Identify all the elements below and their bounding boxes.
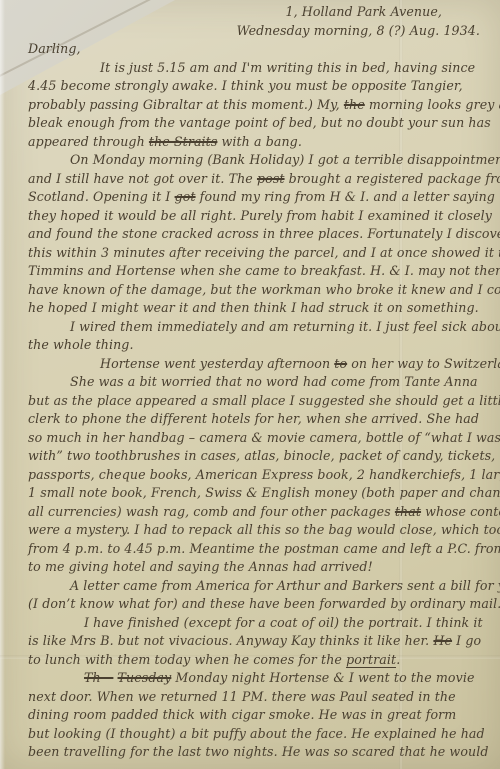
text-segment: they hoped it would be all right. Purely… [28,208,492,223]
letter-line-20: clerk to phone the different hotels for … [28,410,484,429]
text-segment: found my ring from H & I. and a letter s… [196,189,495,204]
text-segment: is like Mrs B. but not vivacious. Anyway… [28,633,433,648]
letter-line-12: Timmins and Hortense when she came to br… [28,262,484,281]
text-segment: he hoped I might wear it and then think … [28,300,479,315]
letter-salutation: Darling, [28,40,484,59]
struck-text: the [344,97,365,112]
text-segment: . [396,652,400,667]
text-segment: been travelling for the last two nights.… [28,744,489,759]
letter-line-8: Scotland. Opening it I got found my ring… [28,188,484,207]
struck-text: Th— [84,670,113,685]
letter-line-33: to lunch with them today when he comes f… [28,651,484,670]
text-segment: It is just 5.15 am and I'm writing this … [100,60,475,75]
letter-line-38: been travelling for the last two nights.… [28,743,484,762]
letter-line-10: and found the stone cracked across in th… [28,225,484,244]
text-segment: clerk to phone the different hotels for … [28,411,479,426]
text-segment: all currencies) wash rag, comb and four … [28,504,395,519]
text-segment: from 4 p.m. to 4.45 p.m. Meantime the po… [28,541,500,556]
text-segment: 1 small note book, French, Swiss & Engli… [28,485,500,500]
struck-text: the Straits [149,134,218,149]
text-segment: on her way to Switzerland. [347,356,500,371]
text-segment: A letter came from America for Arthur an… [70,578,500,593]
letter-line-29: A letter came from America for Arthur an… [28,577,484,596]
letter-line-23: passports, cheque books, American Expres… [28,466,484,485]
letter-line-3: probably passing Gibraltar at this momen… [28,96,484,115]
text-segment: Monday night Hortense & I went to the mo… [171,670,474,685]
letter-line-35: next door. When we returned 11 PM. there… [28,688,484,707]
letter-lines: It is just 5.15 am and I'm writing this … [28,59,484,762]
struck-text: to [334,356,347,371]
letter-line-36: dining room padded thick with cigar smok… [28,706,484,725]
text-segment: On Monday morning (Bank Holiday) I got a… [70,152,500,167]
text-segment: 4.45 become strongly awake. I think you … [28,78,463,93]
letter-line-1: It is just 5.15 am and I'm writing this … [28,59,484,78]
text-segment: Hortense went yesterday afternoon [100,356,334,371]
letter-dateline: Wednesday morning, 8 (?) Aug. 1934. [28,22,484,41]
letter-line-25: all currencies) wash rag, comb and four … [28,503,484,522]
letter-line-9: they hoped it would be all right. Purely… [28,207,484,226]
text-segment: dining room padded thick with cigar smok… [28,707,456,722]
text-segment: appeared through [28,134,149,149]
letter-line-13: have known of the damage, but the workma… [28,281,484,300]
letter-line-5: appeared through the Straits with a bang… [28,133,484,152]
text-segment: with a bang. [217,134,302,149]
letter-line-21: so much in her handbag – camera & movie … [28,429,484,448]
letter-line-4: bleak enough from the vantage point of b… [28,114,484,133]
text-segment: She was a bit worried that no word had c… [70,374,478,389]
paper-left-edge [0,0,5,769]
text-segment: whose contents [421,504,500,519]
struck-text: that [395,504,421,519]
letter-line-18: She was a bit worried that no word had c… [28,373,484,392]
letter-body: 1, Holland Park Avenue, Wednesday mornin… [28,3,484,762]
text-segment: Scotland. Opening it I [28,189,175,204]
letter-line-19: but as the place appeared a small place … [28,392,484,411]
text-segment: bleak enough from the vantage point of b… [28,115,491,130]
text-segment: and found the stone cracked across in th… [28,226,500,241]
letter-line-17: Hortense went yesterday afternoon to on … [28,355,484,374]
struck-text: Tuesday [118,670,172,685]
text-segment: brought a registered package from [285,171,500,186]
text-segment: (I don’t know what for) and these have b… [28,596,500,611]
text-segment: the whole thing. [28,337,134,352]
letter-line-11: this within 3 minutes after receiving th… [28,244,484,263]
letter-line-14: he hoped I might wear it and then think … [28,299,484,318]
letter-address: 1, Holland Park Avenue, [28,3,484,22]
struck-text: post [257,171,285,186]
letter-line-34: Th— Tuesday Monday night Hortense & I we… [28,669,484,688]
letter-line-30: (I don’t know what for) and these have b… [28,595,484,614]
text-segment: but looking (I thought) a bit puffy abou… [28,726,485,741]
text-segment: I go [452,633,481,648]
letter-line-22: with” two toothbrushes in cases, atlas, … [28,447,484,466]
text-segment: and I still have not got over it. The [28,171,257,186]
text-segment: to lunch with them today when he comes f… [28,652,346,667]
text-segment: to me giving hotel and saying the Annas … [28,559,373,574]
struck-text: He [433,633,452,648]
letter-line-31: I have finished (except for a coat of oi… [28,614,484,633]
letter-line-24: 1 small note book, French, Swiss & Engli… [28,484,484,503]
letter-line-26: were a mystery. I had to repack all this… [28,521,484,540]
letter-line-37: but looking (I thought) a bit puffy abou… [28,725,484,744]
letter-line-27: from 4 p.m. to 4.45 p.m. Meantime the po… [28,540,484,559]
text-segment: I wired them immediately and am returnin… [70,319,500,334]
text-segment: have known of the damage, but the workma… [28,282,500,297]
underlined-text: portrait [346,652,396,668]
letter-line-28: to me giving hotel and saying the Annas … [28,558,484,577]
text-segment: this within 3 minutes after receiving th… [28,245,500,260]
text-segment: were a mystery. I had to repack all this… [28,522,500,537]
letter-line-16: the whole thing. [28,336,484,355]
letter-page: 1, Holland Park Avenue, Wednesday mornin… [0,0,500,769]
text-segment: morning looks grey and [365,97,500,112]
text-segment: with” two toothbrushes in cases, atlas, … [28,448,495,463]
letter-line-15: I wired them immediately and am returnin… [28,318,484,337]
text-segment: I have finished (except for a coat of oi… [84,615,483,630]
letter-line-32: is like Mrs B. but not vivacious. Anyway… [28,632,484,651]
text-segment: passports, cheque books, American Expres… [28,467,500,482]
text-segment: next door. When we returned 11 PM. there… [28,689,456,704]
text-segment: so much in her handbag – camera & movie … [28,430,500,445]
text-segment: but as the place appeared a small place … [28,393,500,408]
letter-line-6: On Monday morning (Bank Holiday) I got a… [28,151,484,170]
struck-text: got [175,189,196,204]
text-segment: probably passing Gibraltar at this momen… [28,97,344,112]
letter-line-2: 4.45 become strongly awake. I think you … [28,77,484,96]
text-segment: Timmins and Hortense when she came to br… [28,263,500,278]
letter-line-7: and I still have not got over it. The po… [28,170,484,189]
